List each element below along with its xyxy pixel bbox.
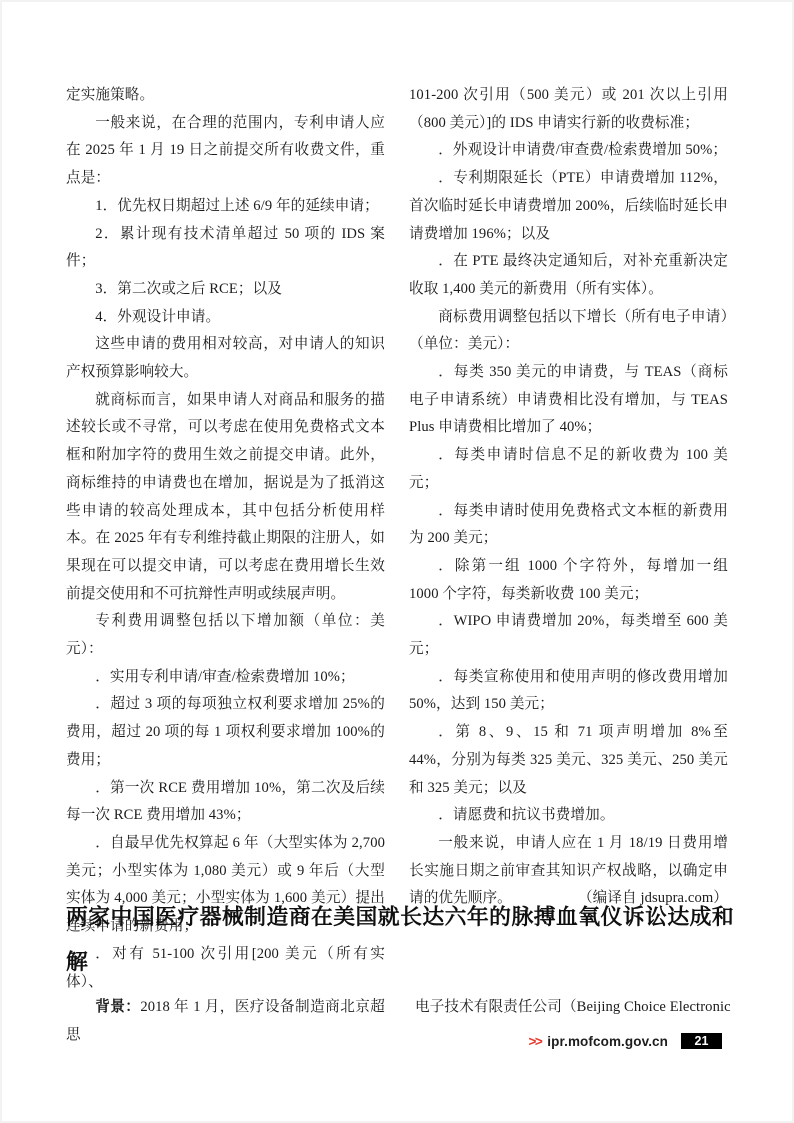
paragraph: 101-200 次引用（500 美元）或 201 次以上引用（800 美元）]的… — [409, 82, 728, 137]
paragraph: 专利费用调整包括以下增加额（单位：美元）： — [66, 608, 385, 663]
article-fee-adjustments: 定实施策略。一般来说，在合理的范围内，专利申请人应在 2025 年 1 月 19… — [66, 82, 728, 996]
page-number-badge: 21 — [681, 1033, 722, 1049]
paragraph: 商标费用调整包括以下增长（所有电子申请）（单位：美元）： — [409, 304, 728, 359]
fees-left-column: 定实施策略。一般来说，在合理的范围内，专利申请人应在 2025 年 1 月 19… — [66, 82, 385, 996]
paragraph: ．实用专利申请/审查/检索费增加 10%； — [66, 664, 385, 692]
two-column-text: 定实施策略。一般来说，在合理的范围内，专利申请人应在 2025 年 1 月 19… — [66, 82, 728, 996]
paragraph: ．外观设计申请费/审查费/检索费增加 50%； — [409, 137, 728, 165]
paragraph: 4．外观设计申请。 — [66, 304, 385, 332]
article-title: 两家中国医疗器械制造商在美国就长达六年的脉搏血氧仪诉讼达成和解 — [66, 894, 734, 984]
paragraph: ．在 PTE 最终决定通知后，对补充重新决定收取 1,400 美元的新费用（所有… — [409, 248, 728, 303]
paragraph: ．除第一组 1000 个字符外，每增加一组 1000 个字符，每类新收费 100… — [409, 553, 728, 608]
paragraph: ．每类宣称使用和使用声明的修改费用增加 50%，达到 150 美元； — [409, 664, 728, 719]
settlement-left-column: 背景：2018 年 1 月，医疗设备制造商北京超思 — [66, 994, 385, 1049]
double-chevron-icon: >> — [529, 1033, 542, 1049]
paragraph: 2．累计现有技术清单超过 50 项的 IDS 案件； — [66, 221, 385, 276]
background-label: 背景： — [95, 999, 140, 1015]
paragraph: 定实施策略。 — [66, 82, 385, 110]
paragraph: ．第一次 RCE 费用增加 10%，第二次及后续每一次 RCE 费用增加 43%… — [66, 775, 385, 830]
paragraph: 一般来说，在合理的范围内，专利申请人应在 2025 年 1 月 19 日之前提交… — [66, 110, 385, 193]
paragraph: ．每类申请时信息不足的新收费为 100 美元； — [409, 442, 728, 497]
paragraph: ．WIPO 申请费增加 20%，每类增至 600 美元； — [409, 608, 728, 663]
document-page: 定实施策略。一般来说，在合理的范围内，专利申请人应在 2025 年 1 月 19… — [0, 0, 794, 1123]
paragraph: ．超过 3 项的每项独立权利要求增加 25%的费用，超过 20 项的每 1 项权… — [66, 691, 385, 774]
paragraph: ．请愿费和抗议书费增加。 — [409, 802, 728, 830]
paragraph: 背景：2018 年 1 月，医疗设备制造商北京超思 — [66, 994, 385, 1049]
page-footer: >> ipr.mofcom.gov.cn 21 — [529, 1031, 723, 1051]
paragraph: 电子技术有限责任公司（Beijing Choice Electronic — [415, 994, 734, 1022]
paragraph: 这些申请的费用相对较高，对申请人的知识产权预算影响较大。 — [66, 331, 385, 386]
footer-site-url: ipr.mofcom.gov.cn — [547, 1034, 668, 1049]
article-settlement: 两家中国医疗器械制造商在美国就长达六年的脉搏血氧仪诉讼达成和解 背景：2018 … — [66, 894, 734, 1049]
paragraph: ．专利期限延长（PTE）申请费增加 112%，首次临时延长申请费增加 200%，… — [409, 165, 728, 248]
paragraph: ．每类申请时使用免费格式文本框的新费用为 200 美元； — [409, 498, 728, 553]
paragraph: ．每类 350 美元的申请费，与 TEAS（商标电子申请系统）申请费相比没有增加… — [409, 359, 728, 442]
paragraph: ．第 8、9、15 和 71 项声明增加 8%至 44%，分别为每类 325 美… — [409, 719, 728, 802]
paragraph: 1．优先权日期超过上述 6/9 年的延续申请； — [66, 193, 385, 221]
paragraph: 就商标而言，如果申请人对商品和服务的描述较长或不寻常，可以考虑在使用免费格式文本… — [66, 387, 385, 609]
paragraph: 3．第二次或之后 RCE；以及 — [66, 276, 385, 304]
fees-right-column: 101-200 次引用（500 美元）或 201 次以上引用（800 美元）]的… — [409, 82, 728, 996]
